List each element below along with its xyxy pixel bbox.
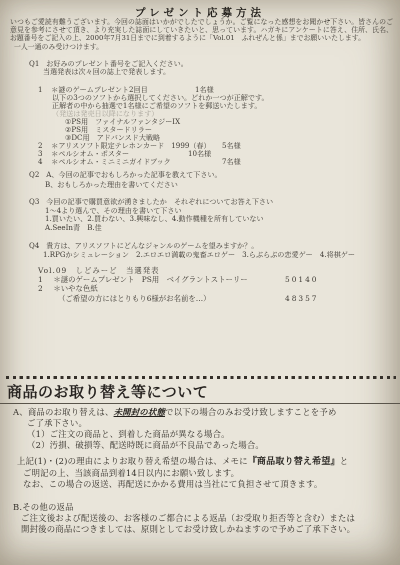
procedure-line-2: ご明記の上、当該商品到着14日以内にお願い致します。 — [23, 468, 392, 479]
intro-note: 一人一通のみ受けつけます。 — [14, 43, 393, 51]
result-2-note-row: （ご希望の方にはとりもり6様がお名前を…） 48357 — [58, 294, 392, 303]
exchange-clause-a: A、商品のお取り替えは、未開封の状態で以下の場合のみお受け致しますことを予め ご… — [13, 407, 391, 451]
prize-1-winners: 1名様 — [195, 86, 214, 94]
clause-a-post: で以下の場合のみお受け致しますことを予め — [165, 407, 337, 417]
prize-4-name: ＊ペルシオム・ミニミニガイドブック — [51, 157, 171, 166]
prize-row-1: 1 ＊謎のゲームプレゼント2回目 1名様 — [29, 86, 392, 94]
q4-options: 1.RPGかシミュレーション 2.エロエロ満載の鬼畜エロゲー 3.らぶらぶの恋愛… — [43, 250, 392, 259]
result-row-2: 2 ＊いやな色紙 — [38, 284, 392, 293]
procedure-post: と — [340, 456, 349, 466]
prize-1-note-line: （発送は発売日以降になります） — [52, 110, 392, 118]
q2-text-b: B、おもしろかった理由を書いてください — [45, 180, 392, 190]
q2-line-a: Q2 A、今回の記事でおもしろかった記事を教えて下さい。 — [29, 170, 392, 180]
prize-4-winners: 7名様 — [222, 158, 241, 166]
q3-text: 今回の記事で購買意欲が湧きましたか それぞれについてお答え下さい — [46, 197, 273, 206]
result-1-item: ＊謎のゲームプレゼント PS用 ベイグラントストーリー — [53, 275, 247, 284]
clause-a-line-1: A、商品のお取り替えは、未開封の状態で以下の場合のみお受け致しますことを予め — [13, 407, 391, 418]
result-1-number: 1 — [38, 275, 51, 284]
result-1-winning-number: 50140 — [285, 275, 319, 284]
question-2-block: Q2 A、今回の記事でおもしろかった記事を教えて下さい。 B、おもしろかった理由… — [29, 170, 392, 189]
winner-results-block: Vol.09 しどみーど 当選発表 1 ＊謎のゲームプレゼント PS用 ベイグラ… — [38, 266, 392, 303]
prize-2-winners: 5名様 — [222, 142, 241, 150]
exchange-procedure: 上記(1)・(2)の理由によりお取り替え希望の場合は、メモに『商品取り替え希望』… — [17, 456, 392, 490]
question-3-block: Q3 今回の記事で購買意欲が湧きましたか それぞれについてお答え下さい 1～4よ… — [29, 198, 392, 233]
dotted-divider — [6, 376, 396, 379]
clause-b-line-2: 開封後の商品につきましては、原則としてお受け致しかねますので予めご了承下さい。 — [21, 524, 392, 535]
intro-text: いつもご愛読有難うございます。今回の誌面はいかがでしたでしょうか。ご覧になった感… — [10, 18, 393, 42]
exchange-clause-b: B.その他の返品 ご注文後および配送後の、お客様のご都合による返品（お受取り拒否… — [13, 502, 392, 535]
exchange-section-heading: 商品のお取り替え等について — [7, 381, 208, 402]
result-2-item: ＊いやな色紙 — [53, 284, 97, 293]
q4-text: 貴方は、アリスソフトにどんなジャンルのゲームを望みますか？。 — [46, 241, 258, 250]
prize-4-number: 4 — [38, 158, 49, 166]
clause-a-line-2: ご了承下さい。 — [27, 418, 391, 429]
clause-a-item-2: （2）汚損、破損等、配送時既に商品が不良品であった場合。 — [27, 440, 391, 451]
result-2-winning-number: 48357 — [285, 294, 319, 303]
heading-rule — [0, 403, 400, 404]
q3-label: Q3 — [29, 198, 44, 207]
question-1-block: Q1 お好みのプレゼント番号をご記入ください。 当選発表は次々回の誌上で発表しま… — [29, 60, 392, 166]
prize-3-winners: 10名様 — [188, 150, 211, 158]
prize-row-4: 4 ＊ペルシオム・ミニミニガイドブック 7名様 — [29, 158, 392, 166]
prize-1-options: ①PS用 ファイナルファンタジーIX ②PS用 ミスタードリラー ③DC用 アド… — [65, 118, 392, 142]
clause-a-item-1: （1）ご注文の商品と、到着した商品が異なる場合。 — [27, 429, 391, 440]
q1-label: Q1 — [29, 60, 44, 68]
results-heading: Vol.09 しどみーど 当選発表 — [38, 266, 392, 275]
q2-text-a: A、今回の記事でおもしろかった記事を教えて下さい。 — [46, 170, 221, 179]
prize-1-name: ＊謎のゲームプレゼント2回目 — [51, 85, 147, 94]
prize-1-number: 1 — [38, 86, 49, 94]
clause-a-pre: A、商品のお取り替えは、 — [13, 407, 114, 417]
scanned-document-page: プレゼント応募方法 いつもご愛読有難うございます。今回の誌面はいかがでしたでしょ… — [0, 0, 400, 565]
q4-label: Q4 — [29, 241, 44, 250]
unopened-emphasis: 未開封の状態 — [114, 407, 165, 417]
q2-label: Q2 — [29, 170, 44, 180]
clause-b-heading: B.その他の返品 — [13, 502, 392, 513]
q4-line: Q4 貴方は、アリスソフトにどんなジャンルのゲームを望みますか？。 — [29, 241, 392, 250]
procedure-pre: 上記(1)・(2)の理由によりお取り替え希望の場合は、メモに — [17, 456, 248, 466]
exchange-request-emphasis: 『商品取り替え希望』 — [248, 457, 340, 467]
result-2-note: （ご希望の方にはとりもり6様がお名前を…） — [58, 294, 211, 303]
q1-subtext: 当選発表は次々回の誌上で発表します。 — [43, 68, 392, 76]
intro-paragraph: いつもご愛読有難うございます。今回の誌面はいかがでしたでしょうか。ご覧になった感… — [10, 18, 393, 51]
procedure-line-3: なお、この場合の返送、再配送にかかる費用は当社にて負担させて頂きます。 — [23, 479, 392, 490]
q3-subjects: A.SeeIn青 B.佳 — [45, 224, 392, 233]
procedure-line-1: 上記(1)・(2)の理由によりお取り替え希望の場合は、メモに『商品取り替え希望』… — [17, 456, 392, 468]
result-row-1: 1 ＊謎のゲームプレゼント PS用 ベイグラントストーリー 50140 — [38, 275, 392, 284]
prize-1-notes: 以下の3つのソフトから選択してください。どれか一つが正解です。 正解者の中から抽… — [52, 94, 392, 118]
clause-b-line-1: ご注文後および配送後の、お客様のご都合による返品（お受取り拒否等と含む）または — [21, 513, 392, 524]
question-4-block: Q4 貴方は、アリスソフトにどんなジャンルのゲームを望みますか？。 1.RPGか… — [29, 241, 392, 259]
result-2-number: 2 — [38, 284, 51, 293]
